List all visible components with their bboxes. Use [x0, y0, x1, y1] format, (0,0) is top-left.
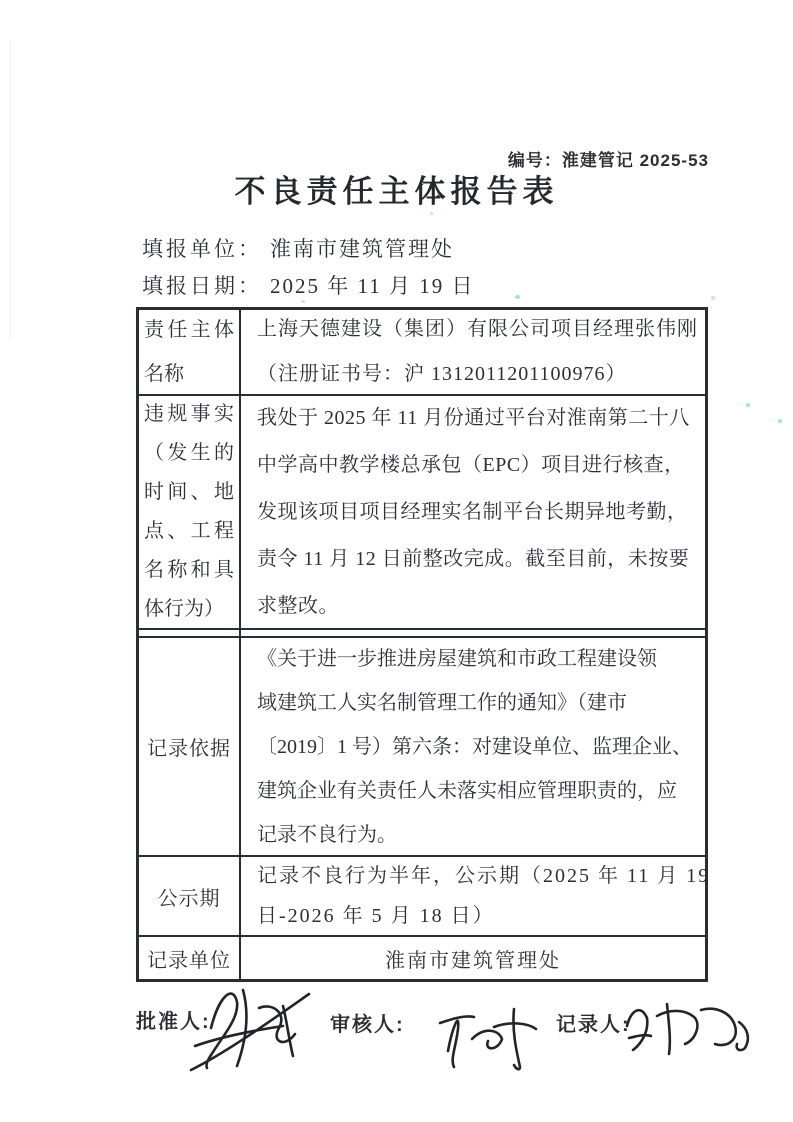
row-header-text: 记录依据: [144, 732, 234, 761]
row-header-text: 责任主体名称: [144, 308, 234, 396]
fill-unit-label: 填报单位：: [142, 237, 262, 261]
row-header-violation-facts: 违规事实（发生的时间、地点、工程名称和具体行为）: [139, 396, 241, 628]
reviewer-signature: [432, 995, 542, 1073]
row-content-record-basis: 《关于进一步推进房屋建筑和市政工程建设领 域建筑工人实名制管理工作的通知》（建市…: [241, 638, 705, 855]
row-header-text: 记录单位: [144, 944, 234, 973]
report-table: 责任主体名称 上海天德建设（集团）有限公司项目经理张伟刚 （注册证书号：沪 13…: [136, 307, 708, 982]
fill-unit-value: 淮南市建筑管理处: [270, 237, 454, 261]
table-row-responsible-entity: 责任主体名称 上海天德建设（集团）有限公司项目经理张伟刚 （注册证书号：沪 13…: [139, 310, 705, 396]
row-header-text: 公示期: [144, 882, 234, 911]
fill-date-value: 2025 年 11 月 19 日: [270, 274, 474, 298]
recorder-signature: [615, 992, 755, 1062]
row-content-record-unit: 淮南市建筑管理处: [241, 937, 705, 979]
approver-signature: [183, 978, 318, 1076]
row-header-record-basis: 记录依据: [139, 638, 241, 855]
scan-speck: [430, 212, 433, 215]
row-header-responsible-entity: 责任主体名称: [139, 310, 241, 394]
scan-speck: [515, 295, 520, 299]
row-header-publicity-period: 公示期: [139, 857, 241, 935]
table-row-record-unit: 记录单位 淮南市建筑管理处: [139, 937, 705, 979]
row-content-violation-facts: 我处于 2025 年 11 月份通过平台对淮南第二十八 中学高中教学楼总承包（E…: [241, 396, 705, 628]
fill-date-label: 填报日期：: [142, 274, 262, 298]
scan-speck: [778, 419, 782, 423]
fill-date-line: 填报日期：2025 年 11 月 19 日: [142, 270, 474, 300]
table-row-publicity-period: 公示期 记录不良行为半年，公示期（2025 年 11 月 19 日-2026 年…: [139, 857, 705, 937]
table-row-record-basis: 记录依据 《关于进一步推进房屋建筑和市政工程建设领 域建筑工人实名制管理工作的通…: [139, 638, 705, 857]
table-divider-row: [139, 630, 705, 638]
page-title: 不良责任主体报告表: [0, 166, 793, 211]
reviewer-label: 审核人:: [330, 1008, 405, 1037]
divider-content-cell: [241, 630, 705, 636]
scan-speck: [746, 403, 750, 407]
scan-speck: [301, 300, 305, 303]
row-content-responsible-entity: 上海天德建设（集团）有限公司项目经理张伟刚 （注册证书号：沪 131201120…: [241, 310, 705, 394]
row-header-text: 违规事实（发生的时间、地点、工程名称和具体行为）: [144, 395, 234, 629]
row-header-record-unit: 记录单位: [139, 937, 241, 979]
row-content-publicity-period: 记录不良行为半年，公示期（2025 年 11 月 19 日-2026 年 5 月…: [241, 857, 705, 935]
table-row-violation-facts: 违规事实（发生的时间、地点、工程名称和具体行为） 我处于 2025 年 11 月…: [139, 396, 705, 630]
scan-speck: [711, 296, 715, 300]
fill-unit-line: 填报单位：淮南市建筑管理处: [142, 233, 454, 263]
divider-header-cell: [139, 630, 241, 636]
